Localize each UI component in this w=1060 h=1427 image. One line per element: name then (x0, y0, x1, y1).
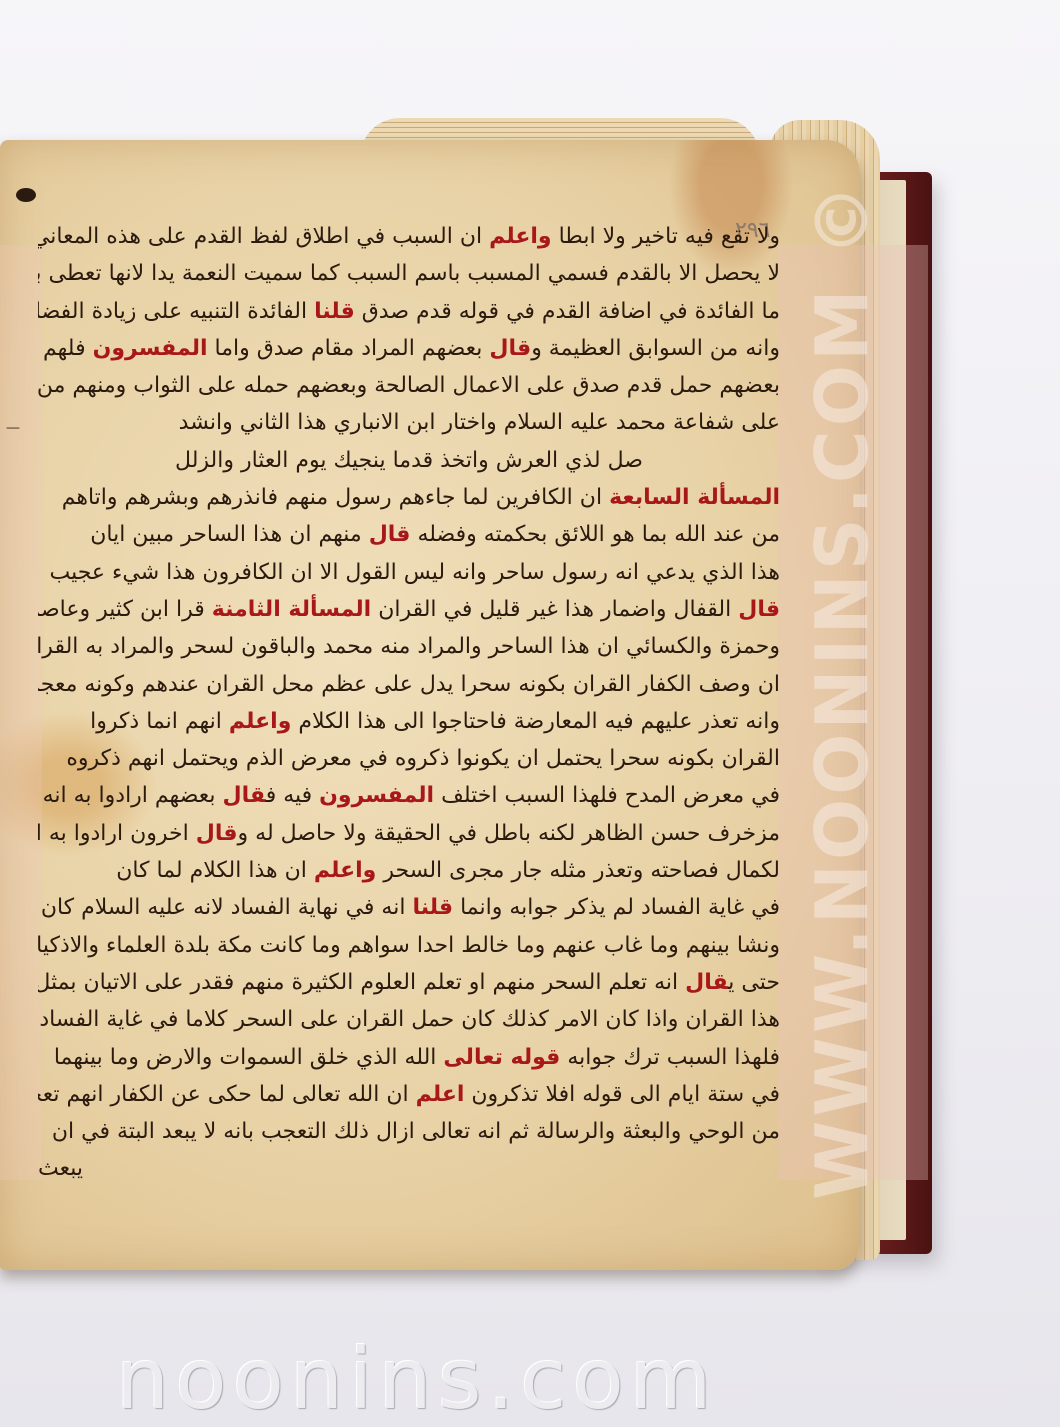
text-line: هذا الذي يدعي انه رسول ساحر وانه ليس الق… (38, 554, 780, 591)
text-line: قال القفال واضمار هذا غير قليل في القران… (38, 591, 780, 628)
text-line: في ستة ايام الى قوله افلا تذكرون اعلم ان… (38, 1076, 780, 1113)
rubric-word: المفسرون (319, 783, 434, 808)
text-line: وانه تعذر عليهم فيه المعارضة فاحتاجوا ال… (38, 703, 780, 740)
text-line: المسألة السابعة ان الكافرين لما جاءهم رس… (38, 479, 780, 516)
rubric-word: واعلم (489, 224, 552, 249)
text-line: مزخرف حسن الظاهر لكنه باطل في الحقيقة ول… (38, 815, 780, 852)
rubric-word: قال (685, 970, 728, 995)
rubric-word: المفسرون (93, 336, 208, 361)
text-line: من عند الله بما هو اللائق بحكمته وفضله ق… (38, 516, 780, 553)
rubric-word: المسألة الثامنة (212, 597, 371, 622)
manuscript-photo: ٢٩٦ — ولا تقع فيه تاخير ولا ابطا واعلم ا… (0, 0, 1060, 1427)
rubric-word: واعلم (229, 709, 292, 734)
rubric-word: قال (738, 597, 780, 622)
rubric-word: اعلم (229, 709, 278, 734)
catchword: يبعث (38, 1150, 780, 1187)
text-line: في غاية الفساد لم يذكر جوابه وانما قلنا … (38, 889, 780, 926)
rubric-word: اعلم (489, 224, 538, 249)
binding-thread-hole (16, 188, 36, 202)
text-line: ان وصف الكفار القران بكونه سحرا يدل على … (38, 666, 780, 703)
rubric-word: اعلم (314, 858, 363, 883)
rubric-word: قال (223, 783, 266, 808)
rubric-word: قلنا (314, 299, 355, 324)
text-line: هذا القران واذا كان الامر كذلك كان حمل ا… (38, 1001, 780, 1038)
rubric-word: قلنا (412, 895, 453, 920)
manuscript-text: ولا تقع فيه تاخير ولا ابطا واعلم ان السب… (38, 218, 780, 1188)
watermark-band-left (0, 245, 42, 1180)
text-line: ما الفائدة في اضافة القدم في قوله قدم صد… (38, 293, 780, 330)
rubric-word: قال (489, 336, 531, 361)
text-line: وانه من السوابق العظيمة وقال بعضهم المرا… (38, 330, 780, 367)
verse-line: صل لذي العرش واتخذ قدما ينجيك يوم العثار… (38, 442, 780, 479)
text-line: وحمزة والكسائي ان هذا الساحر والمراد منه… (38, 628, 780, 665)
text-line: على شفاعة محمد عليه السلام واختار ابن ال… (38, 404, 780, 441)
rubric-word: قال (196, 821, 238, 846)
rubric-word: المسألة السابعة (609, 485, 780, 510)
rubric-word: قال (369, 522, 411, 547)
text-line: بعضهم حمل قدم صدق على الاعمال الصالحة وب… (38, 367, 780, 404)
margin-mark: — (6, 420, 20, 436)
text-line: ولا تقع فيه تاخير ولا ابطا واعلم ان السب… (38, 218, 780, 255)
watermark-vertical: WWW.NOONINS.COM © (800, 180, 884, 1200)
text-line: فلهذا السبب ترك جوابه قوله تعالى الله ال… (38, 1039, 780, 1076)
text-line: ونشا بينهم وما غاب عنهم وما خالط احدا سو… (38, 927, 780, 964)
watermark-bottom: noonins.com (116, 1330, 718, 1427)
rubric-word: قوله تعالى (443, 1045, 560, 1070)
text-line: من الوحي والبعثة والرسالة ثم انه تعالى ا… (38, 1113, 780, 1150)
rubric-word: واعلم (314, 858, 377, 883)
rubric-word: اعلم (416, 1082, 465, 1107)
text-line: لا يحصل الا بالقدم فسمي المسبب باسم السب… (38, 255, 780, 292)
text-line: في معرض المدح فلهذا السبب اختلف المفسرون… (38, 777, 780, 814)
text-line: حتى يقال انه تعلم السحر منهم او تعلم الع… (38, 964, 780, 1001)
text-line: القران بكونه سحرا يحتمل ان يكونوا ذكروه … (38, 740, 780, 777)
text-line: لكمال فصاحته وتعذر مثله جار مجرى السحر و… (38, 852, 780, 889)
